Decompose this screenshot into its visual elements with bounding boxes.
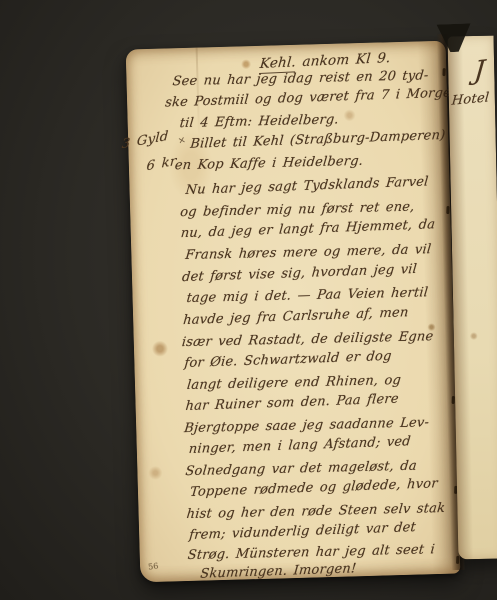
- journal-line: tage mig i det. — Paa Veien hertil: [186, 285, 429, 306]
- journal-line: Bjergtoppe saae jeg saadanne Lev-: [183, 415, 429, 436]
- journal-line: det først vise sig, hvordan jeg vil: [181, 262, 417, 285]
- facing-page-word: Hotel: [451, 90, 490, 108]
- journal-line: Fransk høres mere og mere, da vil: [185, 242, 432, 263]
- journal-line: Nu har jeg sagt Tydsklands Farvel: [185, 174, 429, 198]
- journal-line: og befinder mig nu først ret ene,: [179, 200, 415, 221]
- journal-line: Solnedgang var det mageløst, da: [185, 459, 418, 479]
- journal-line: Toppene rødmede og glødede, hvor: [189, 476, 438, 500]
- margin-note-price: 6 kr: [146, 154, 177, 174]
- journal-line: Strøg. Münsteren har jeg alt seet i: [187, 542, 436, 563]
- journal-line: har Ruiner som den. Paa flere: [185, 392, 399, 414]
- stitch-mark: [446, 206, 449, 214]
- journal-line: for Øie. Schwartzwald er dog: [184, 349, 392, 371]
- journal-line: havde jeg fra Carlsruhe af, men: [183, 305, 410, 328]
- journal-line: hist og her den røde Steen selv stak: [186, 501, 446, 522]
- journal-line: Billet til Kehl (Straßburg-Damperen): [190, 128, 446, 152]
- journal-line: langt deiligere end Rhinen, og: [186, 373, 402, 393]
- journal-line: Skumringen. Imorgen!: [200, 561, 357, 581]
- journal-line: See nu har jeg idag reist en 20 tyd-: [172, 68, 429, 89]
- journal-line: ske Postmiil og dog været fra 7 i Morges: [164, 85, 458, 110]
- page-number-mark: 56: [148, 561, 160, 571]
- journal-line: nu, da jeg er langt fra Hjemmet, da: [180, 217, 436, 241]
- handwriting-layer: Kehl. ankom Kl 9. See nu har jeg idag re…: [126, 41, 461, 583]
- journal-line: frem; vidunderlig deiligt var det: [189, 520, 417, 543]
- margin-note-price: 3 Gyld: [121, 129, 169, 152]
- stitch-mark: [442, 68, 445, 76]
- journal-line: en Kop Kaffe i Heidelberg.: [174, 154, 364, 173]
- journal-page: Kehl. ankom Kl 9. See nu har jeg idag re…: [126, 41, 461, 583]
- facing-page-flourish: J: [473, 55, 486, 86]
- photo-background: Kehl. ankom Kl 9. See nu har jeg idag re…: [0, 0, 497, 600]
- journal-line: til 4 Eftm: Heidelberg.: [179, 112, 339, 131]
- insertion-mark: ×: [177, 135, 187, 147]
- header-arrival-time: ankom Kl 9.: [295, 50, 391, 70]
- journal-line: især ved Rastadt, de deiligste Egne: [181, 329, 434, 350]
- journal-line: ninger, men i lang Afstand; ved: [188, 434, 411, 457]
